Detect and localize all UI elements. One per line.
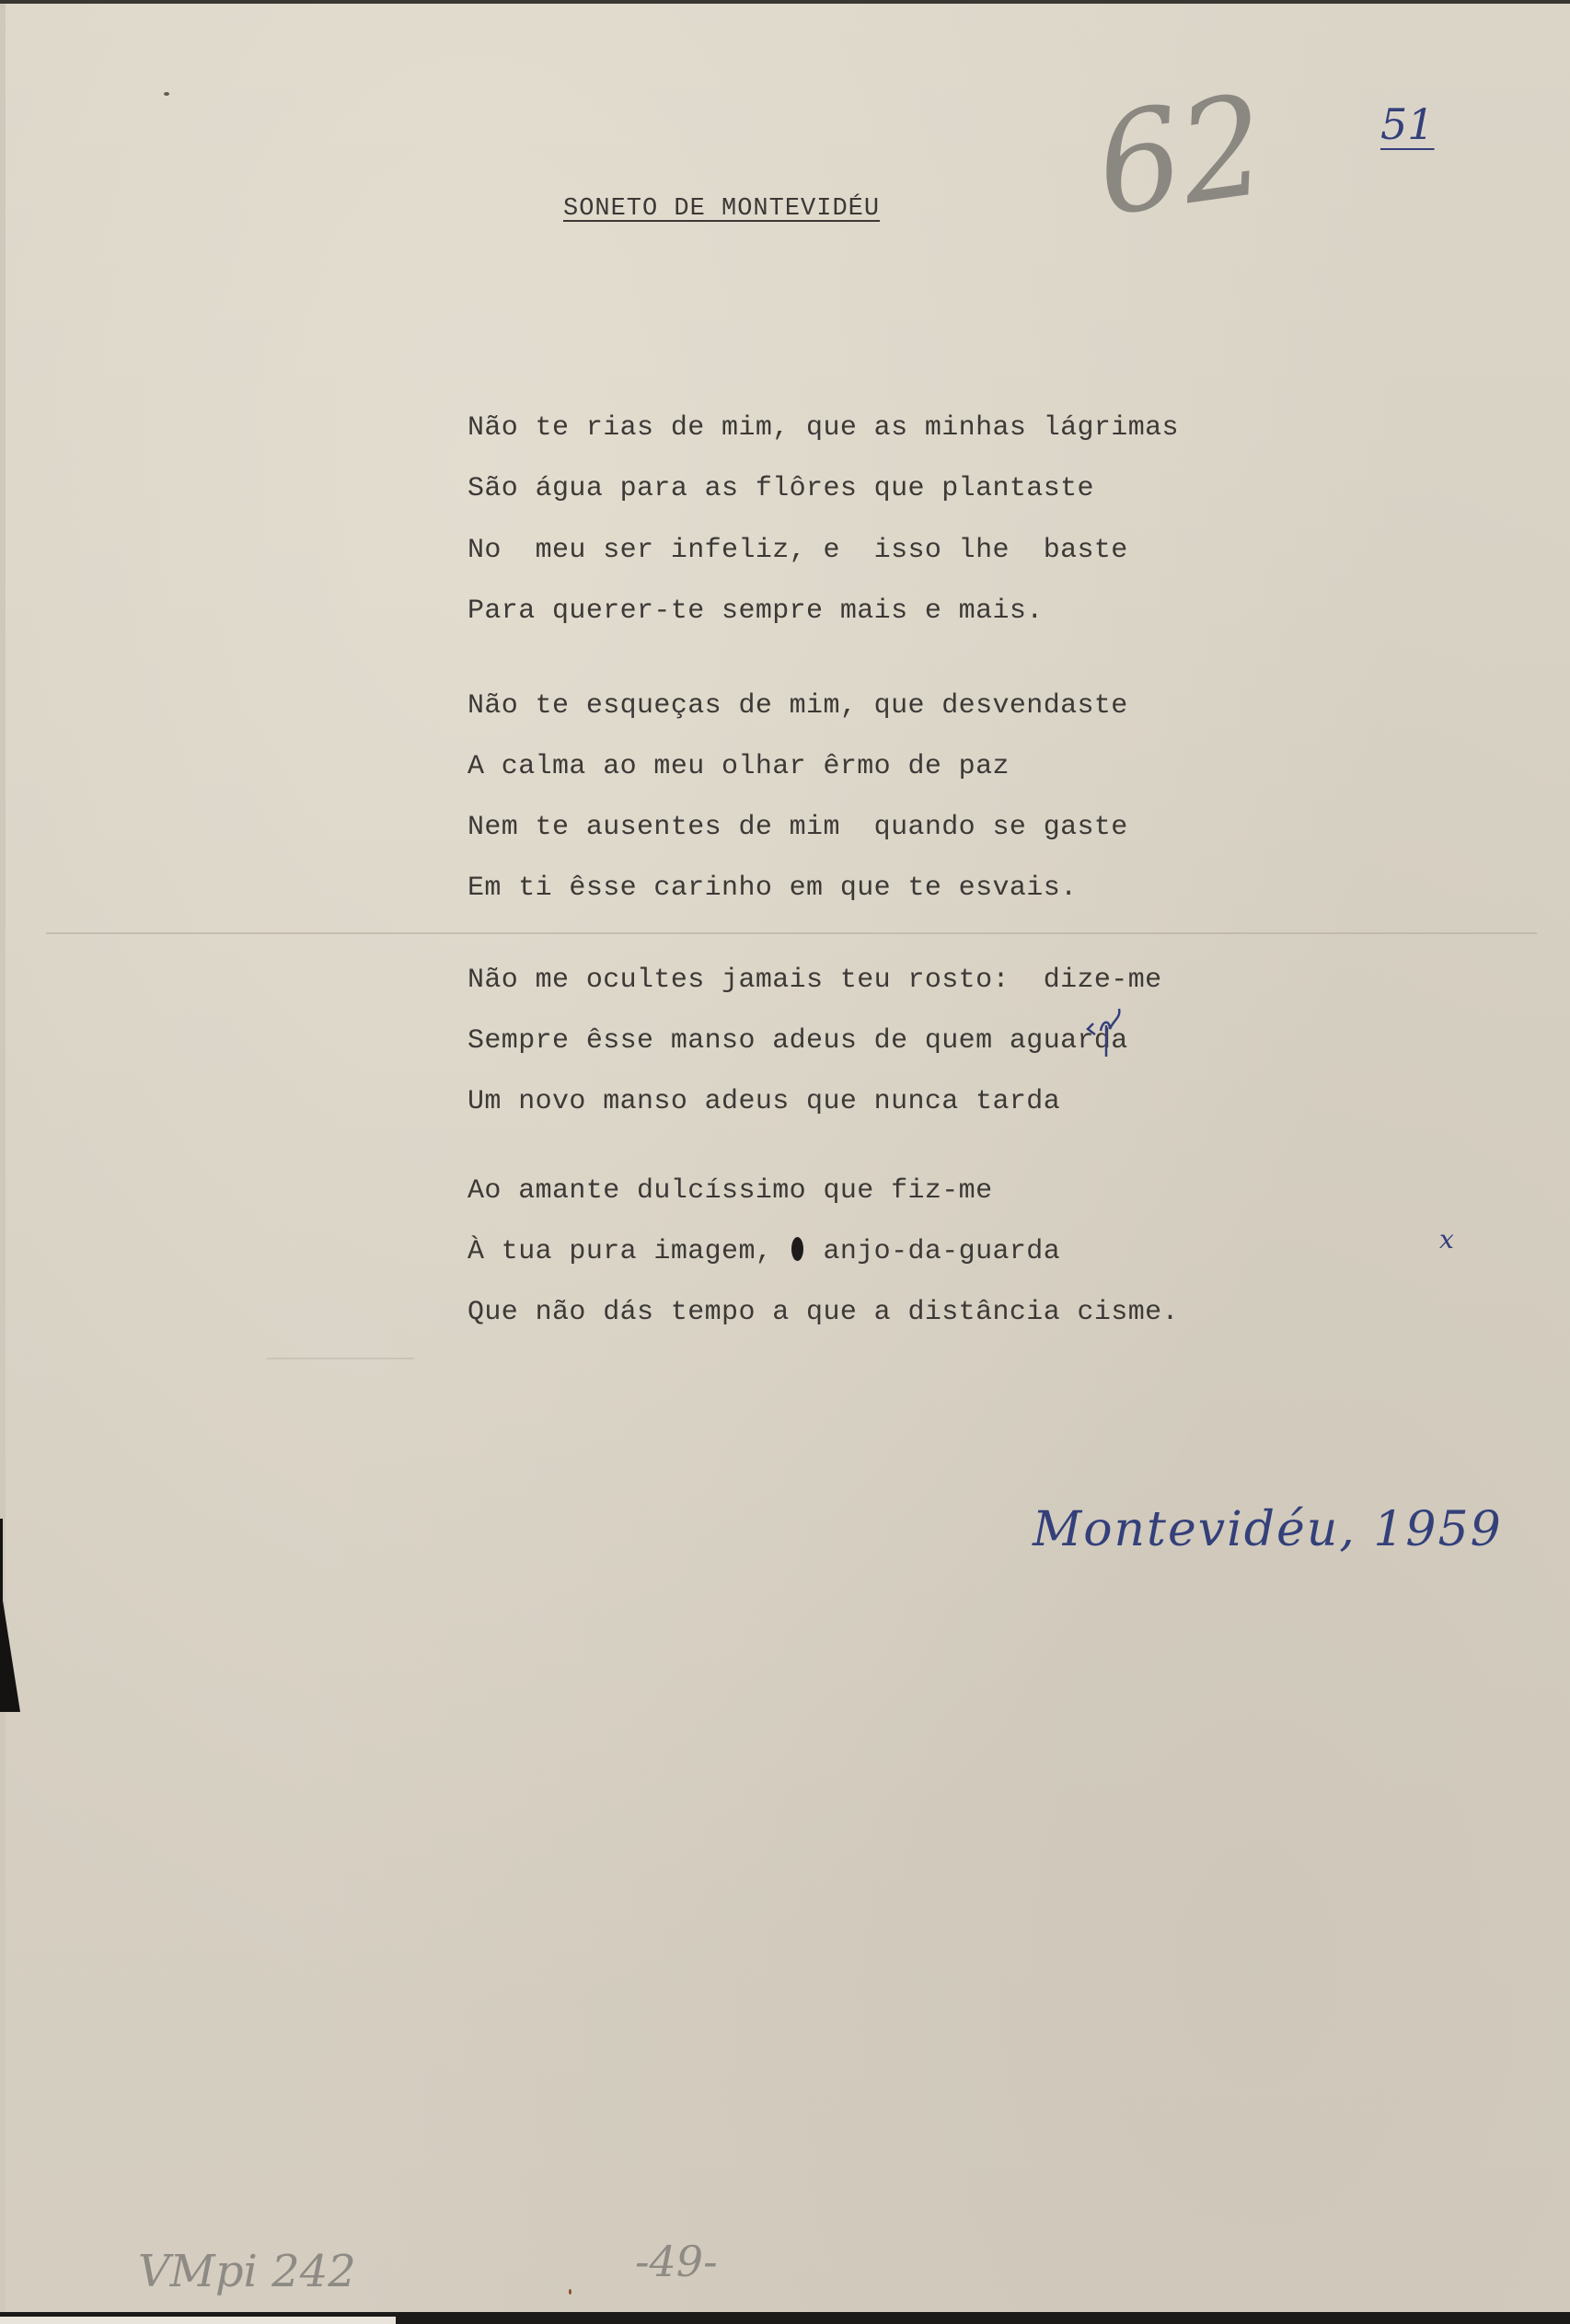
poem-line: Em ti êsse carinho em que te esvais. [468,873,1078,904]
paper-sheet [6,4,1570,2312]
poem-line: São água para as flôres que plantaste [468,473,1094,504]
stain-speck [569,2289,571,2295]
poem-line: À tua pura imagem, anjo-da-guarda [468,1236,1060,1267]
archive-code: VMpi 242 [138,2246,356,2297]
poem-line: Não me ocultes jamais teu rosto: dize-me [468,965,1162,996]
poem-line: Sempre êsse manso adeus de quem aguarda [468,1025,1128,1057]
poem-line: Um novo manso adeus que nunca tarda [468,1086,1060,1117]
fold-line [46,932,1537,934]
left-edge-tear [0,1583,20,1712]
poem-line: A calma ao meu olhar êrmo de paz [468,751,1010,782]
poem-line: Nem te ausentes de mim quando se gaste [468,812,1128,843]
handwritten-page-number-large: 62 [1089,76,1273,237]
margin-mark: x [1439,1224,1454,1254]
poem-line: Não te esqueças de mim, que desvendaste [468,690,1128,722]
poem-line: Que não dás tempo a que a distância cism… [468,1297,1179,1328]
poem-line: Para querer-te sempre mais e mais. [468,595,1044,627]
ink-blot [791,1237,803,1261]
bottom-edge [0,2312,1570,2324]
top-edge [0,0,1570,4]
left-border [0,0,6,2312]
poem-line: No meu ser infeliz, e isso lhe baste [468,535,1128,566]
handwritten-page-number-small: 51 [1380,103,1435,145]
page-title: SONETO DE MONTEVIDÉU [563,195,880,223]
poem-line: Ao amante dulcíssimo que fiz-me [468,1175,993,1207]
footer-page-number: -49- [635,2237,718,2286]
pin-hole [164,92,169,96]
poem-line: Não te rias de mim, que as minhas lágrim… [468,412,1179,444]
correction-insert-mark [1084,1003,1139,1058]
handwritten-place-date: Montevidéu, 1959 [1033,1502,1503,1557]
fold-line [267,1358,414,1359]
